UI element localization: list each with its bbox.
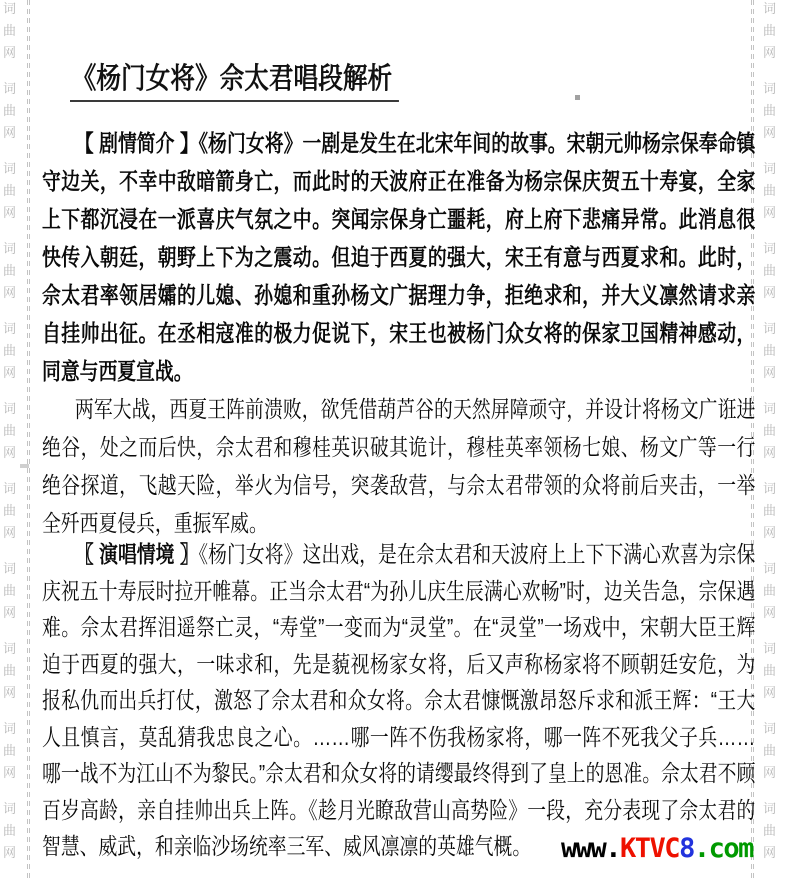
side-watermark-char: 网 — [3, 847, 16, 860]
page-title: 《杨门女将》佘太君唱段解析 — [70, 56, 399, 102]
side-watermark-char: 词 — [763, 483, 776, 496]
side-watermark-char: 网 — [763, 287, 776, 300]
side-watermark-char: 词 — [3, 323, 16, 336]
side-watermark-char: 曲 — [3, 105, 16, 118]
side-watermark-char: 曲 — [763, 425, 776, 438]
side-watermark-char: 词 — [763, 643, 776, 656]
side-watermark-char: 网 — [3, 207, 16, 220]
side-watermark-char: 词 — [763, 723, 776, 736]
side-watermark-char: 词 — [3, 243, 16, 256]
side-watermark-char: 网 — [3, 767, 16, 780]
side-watermark-char: 词 — [3, 163, 16, 176]
side-watermark-char: 词 — [763, 243, 776, 256]
footer-watermark-segment: www. — [561, 833, 620, 864]
synopsis-text: 《杨门女将》一剧是发生在北宋年间的故事。宋朝元帅杨宗保奉命镇守边关，不幸中敌暗箭… — [42, 130, 755, 384]
side-watermark-left: 词曲网词曲网词曲网词曲网词曲网词曲网词曲网词曲网词曲网词曲网词曲网 — [3, 0, 19, 879]
side-watermark-char: 网 — [3, 687, 16, 700]
side-watermark-char: 网 — [763, 367, 776, 380]
side-watermark-char: 网 — [3, 607, 16, 620]
side-watermark-char: 曲 — [3, 25, 16, 38]
document-page: 词曲网词曲网词曲网词曲网词曲网词曲网词曲网词曲网词曲网词曲网词曲网 词曲网词曲网… — [0, 0, 800, 879]
side-watermark-char: 网 — [763, 127, 776, 140]
side-watermark-char: 曲 — [3, 265, 16, 278]
side-watermark-char: 网 — [3, 287, 16, 300]
side-watermark-char: 词 — [3, 643, 16, 656]
side-watermark-char: 网 — [3, 447, 16, 460]
paragraph-battle: 两军大战，西夏王阵前溃败，欲凭借葫芦谷的天然屏障顽守，并设计将杨文广诳进绝谷，处… — [42, 390, 755, 542]
side-watermark-char: 词 — [763, 3, 776, 16]
side-watermark-char: 曲 — [3, 425, 16, 438]
side-watermark-char: 词 — [763, 83, 776, 96]
side-watermark-char: 网 — [3, 527, 16, 540]
side-watermark-char: 词 — [3, 83, 16, 96]
side-watermark-char: 词 — [763, 803, 776, 816]
paragraph-singing-context: 〖 演唱情境 〗《杨门女将》这出戏，是在佘太君和天波府上上下下满心欢喜为宗保庆祝… — [42, 536, 755, 865]
side-watermark-char: 网 — [763, 767, 776, 780]
side-watermark-char: 曲 — [763, 745, 776, 758]
side-watermark-char: 词 — [3, 3, 16, 16]
side-watermark-char: 曲 — [3, 825, 16, 838]
footer-watermark: www.KTVC8.com — [561, 835, 753, 862]
side-watermark-char: 曲 — [763, 505, 776, 518]
side-watermark-char: 网 — [763, 607, 776, 620]
side-watermark-char: 网 — [3, 47, 16, 60]
side-watermark-char: 词 — [3, 403, 16, 416]
document-body: 【 剧情简介 】《杨门女将》一剧是发生在北宋年间的故事。宋朝元帅杨宗保奉命镇守边… — [42, 124, 755, 865]
side-watermark-char: 词 — [763, 163, 776, 176]
singing-context-label: 〖 演唱情境 〗 — [75, 541, 199, 567]
side-watermark-char: 词 — [3, 563, 16, 576]
side-watermark-char: 网 — [763, 47, 776, 60]
side-watermark-char: 网 — [3, 367, 16, 380]
side-watermark-char: 词 — [763, 563, 776, 576]
scan-noise-dash — [20, 464, 29, 468]
battle-text: 两军大战，西夏王阵前溃败，欲凭借葫芦谷的天然屏障顽守，并设计将杨文广诳进绝谷，处… — [42, 396, 755, 536]
singing-context-text: 《杨门女将》这出戏，是在佘太君和天波府上上下下满心欢喜为宗保庆祝五十寿辰时拉开帷… — [42, 541, 755, 859]
side-watermark-char: 曲 — [763, 265, 776, 278]
side-watermark-char: 网 — [763, 527, 776, 540]
paragraph-plot-synopsis: 【 剧情简介 】《杨门女将》一剧是发生在北宋年间的故事。宋朝元帅杨宗保奉命镇守边… — [42, 124, 755, 390]
side-watermark-char: 网 — [763, 447, 776, 460]
side-watermark-char: 词 — [3, 803, 16, 816]
side-watermark-char: 曲 — [763, 105, 776, 118]
footer-watermark-segment: 8 — [679, 833, 694, 864]
side-watermark-char: 曲 — [3, 185, 16, 198]
side-watermark-char: 曲 — [3, 665, 16, 678]
side-watermark-right: 词曲网词曲网词曲网词曲网词曲网词曲网词曲网词曲网词曲网词曲网词曲网 — [763, 0, 779, 879]
side-watermark-char: 曲 — [3, 345, 16, 358]
side-watermark-char: 曲 — [763, 25, 776, 38]
side-watermark-char: 网 — [3, 127, 16, 140]
footer-watermark-segment: KTVC — [620, 833, 679, 864]
side-watermark-char: 网 — [763, 687, 776, 700]
side-watermark-char: 曲 — [763, 585, 776, 598]
side-watermark-char: 词 — [763, 403, 776, 416]
side-watermark-char: 网 — [763, 207, 776, 220]
side-watermark-char: 曲 — [763, 665, 776, 678]
side-watermark-char: 曲 — [763, 825, 776, 838]
synopsis-label: 【 剧情简介 】 — [75, 130, 199, 156]
dashed-border-left — [27, 0, 30, 879]
side-watermark-char: 曲 — [763, 345, 776, 358]
footer-watermark-segment: .com — [694, 833, 753, 864]
side-watermark-char: 曲 — [3, 745, 16, 758]
side-watermark-char: 词 — [763, 323, 776, 336]
side-watermark-char: 网 — [763, 847, 776, 860]
side-watermark-char: 曲 — [763, 185, 776, 198]
side-watermark-char: 词 — [3, 723, 16, 736]
side-watermark-char: 词 — [3, 483, 16, 496]
scan-noise-dot — [575, 95, 580, 100]
side-watermark-char: 曲 — [3, 505, 16, 518]
side-watermark-char: 曲 — [3, 585, 16, 598]
